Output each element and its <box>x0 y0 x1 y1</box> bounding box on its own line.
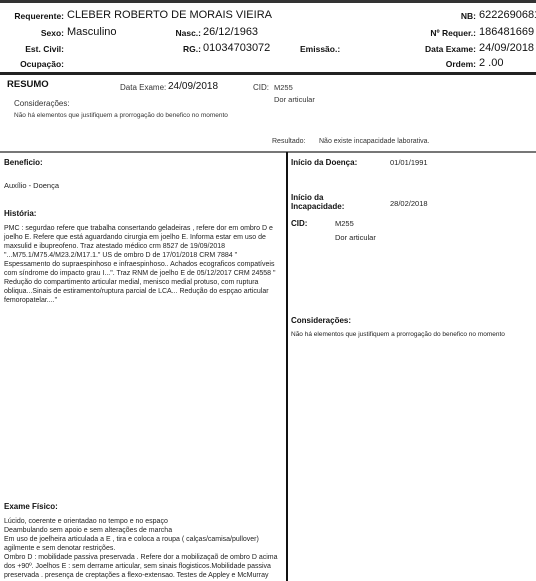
resumo-cid-label: CID: <box>253 83 269 92</box>
historia-label: História: <box>4 209 36 218</box>
right-cid-value: M255 <box>335 219 354 228</box>
requer-value: 186481669 <box>479 26 534 38</box>
beneficio-label: Beneficio: <box>4 158 43 167</box>
resumo-consideracoes-label: Considerações: <box>14 99 70 108</box>
nb-value: 6222690681 <box>479 9 536 21</box>
right-consideracoes-text: Não há elementos que justifiquem a prorr… <box>291 331 505 338</box>
inicio-incapacidade-label-2: Incapacidade: <box>291 202 344 211</box>
beneficio-value: Auxílio - Doença <box>4 181 59 190</box>
sexo-label: Sexo: <box>0 28 64 38</box>
requer-label: Nº Requer.: <box>400 28 476 38</box>
right-cid-label: CID: <box>291 219 307 228</box>
requerente-value: CLEBER ROBERTO DE MORAIS VIEIRA <box>67 9 272 21</box>
ordem-label: Ordem: <box>400 59 476 69</box>
inicio-incapacidade-label-1: Início da <box>291 193 323 202</box>
resumo-consideracoes-text: Não há elementos que justifiquem a prorr… <box>14 112 228 119</box>
exame-line: Em uso de joelheira articulada a E , tir… <box>4 535 282 553</box>
resultado-value: Não existe incapacidade laborativa. <box>319 138 430 145</box>
exame-fisico-text: Lúcido, coerente e orientadao no tempo e… <box>4 517 282 581</box>
inicio-doenca-value: 01/01/1991 <box>390 158 428 167</box>
exame-fisico-label: Exame Físico: <box>4 502 58 511</box>
exame-line: Deambulando sem apoio e sem alterações d… <box>4 526 282 535</box>
data-exame-label: Data Exame: <box>400 44 476 54</box>
inicio-incapacidade-value: 28/02/2018 <box>390 199 428 208</box>
inicio-doenca-label: Início da Doença: <box>291 158 357 167</box>
resumo-divider <box>0 151 536 153</box>
sexo-value: Masculino <box>67 26 117 38</box>
historia-text: PMC : segurdao refere que trabalha conse… <box>4 224 282 305</box>
resumo-data-exame-value: 24/09/2018 <box>168 81 218 92</box>
requerente-label: Requerente: <box>0 11 64 21</box>
resumo-cid-value: M255 <box>274 83 293 92</box>
resumo-data-exame-label: Data Exame: <box>120 83 166 92</box>
nasc-value: 26/12/1963 <box>203 26 258 38</box>
nb-label: NB: <box>400 11 476 21</box>
column-divider <box>286 152 288 581</box>
nasc-label: Nasc.: <box>150 28 201 38</box>
resultado-label: Resultado: <box>272 138 305 145</box>
resumo-cid-desc: Dor articular <box>274 95 315 104</box>
header-divider <box>0 72 536 75</box>
est-civil-label: Est. Civil: <box>0 44 64 54</box>
emissao-label: Emissão.: <box>300 44 358 54</box>
right-consideracoes-label: Considerações: <box>291 316 351 325</box>
rg-label: RG.: <box>150 44 201 54</box>
rg-value: 01034703072 <box>203 42 270 54</box>
ocupacao-label: Ocupação: <box>0 59 64 69</box>
right-cid-desc: Dor articular <box>335 233 376 242</box>
exame-line: Ombro D : mobilidade passiva preservada … <box>4 553 282 581</box>
top-rule <box>0 0 536 3</box>
data-exame-value: 24/09/2018 <box>479 42 534 54</box>
exame-line: Lúcido, coerente e orientadao no tempo e… <box>4 517 282 526</box>
resumo-title: RESUMO <box>7 79 49 90</box>
ordem-value: 2 .00 <box>479 57 503 69</box>
